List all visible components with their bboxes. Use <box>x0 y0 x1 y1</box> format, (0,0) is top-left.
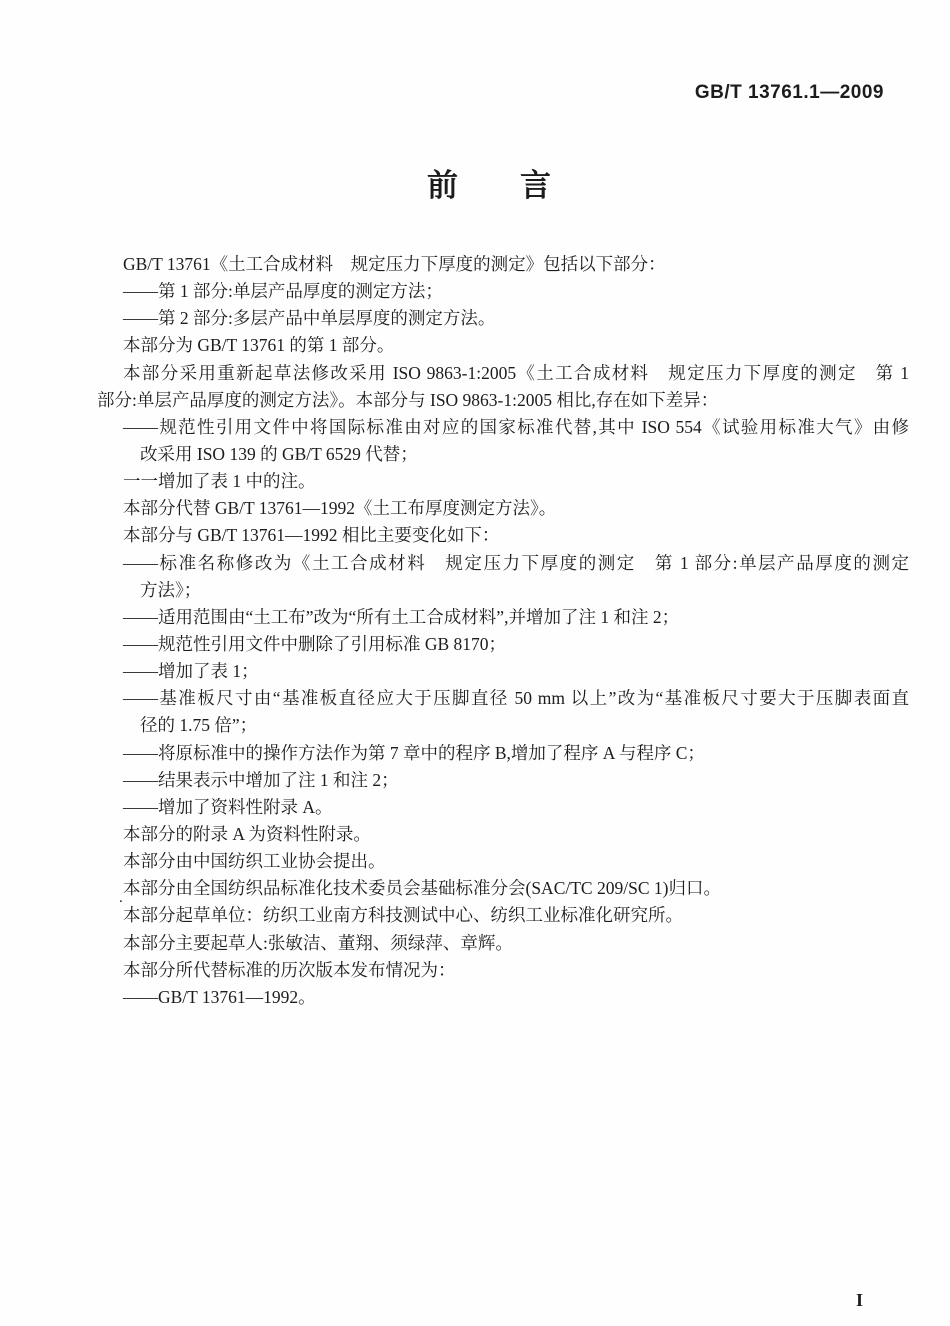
text-line: GB/T 13761《土工合成材料 规定压力下厚度的测定》包括以下部分： <box>97 251 909 278</box>
text-line: 本部分由全国纺织品标准化技术委员会基础标准分会(SAC/TC 209/SC 1)… <box>97 875 909 902</box>
text-line: ——基准板尺寸由“基准板直径应大于压脚直径 50 mm 以上”改为“基准板尺寸要… <box>97 685 909 712</box>
text-line: ——标准名称修改为《土工合成材料 规定压力下厚度的测定 第 1 部分:单层产品厚… <box>97 550 909 577</box>
text-line: 本部分为 GB/T 13761 的第 1 部分。 <box>97 332 909 359</box>
text-line: ——规范性引用文件中删除了引用标准 GB 8170； <box>97 631 909 658</box>
text-line: 本部分代替 GB/T 13761—1992《土工布厚度测定方法》。 <box>97 495 909 522</box>
text-line: 方法》； <box>97 577 909 604</box>
page-number: I <box>856 1290 863 1311</box>
text-line: ——适用范围由“土工布”改为“所有土工合成材料”,并增加了注 1 和注 2； <box>97 604 909 631</box>
text-line: 改采用 ISO 139 的 GB/T 6529 代替； <box>97 441 909 468</box>
text-line: ——GB/T 13761—1992。 <box>97 984 909 1011</box>
standard-code: GB/T 13761.1—2009 <box>695 82 884 104</box>
text-line: 本部分的附录 A 为资料性附录。 <box>97 821 909 848</box>
text-line: ——结果表示中增加了注 1 和注 2； <box>97 767 909 794</box>
text-line: ——第 2 部分:多层产品中单层厚度的测定方法。 <box>97 305 909 332</box>
text-line: 本部分采用重新起草法修改采用 ISO 9863-1:2005《土工合成材料 规定… <box>97 360 909 387</box>
text-line: 本部分所代替标准的历次版本发布情况为： <box>97 957 909 984</box>
text-line: 本部分主要起草人:张敏洁、董翔、须绿萍、章辉。 <box>97 930 909 957</box>
page-title: 前 言 <box>0 164 950 208</box>
text-line: 一一增加了表 1 中的注。 <box>97 468 909 495</box>
text-line: 径的 1.75 倍”； <box>97 712 909 739</box>
text-line: ——将原标准中的操作方法作为第 7 章中的程序 B,增加了程序 A 与程序 C； <box>97 740 909 767</box>
text-line: ——增加了资料性附录 A。 <box>97 794 909 821</box>
document-body: GB/T 13761《土工合成材料 规定压力下厚度的测定》包括以下部分：——第 … <box>97 251 909 1011</box>
text-line: ——增加了表 1； <box>97 658 909 685</box>
text-line: 本部分起草单位：纺织工业南方科技测试中心、纺织工业标准化研究所。 <box>97 902 909 929</box>
text-line: 部分:单层产品厚度的测定方法》。本部分与 ISO 9863-1:2005 相比,… <box>97 387 909 414</box>
document-page: GB/T 13761.1—2009 前 言 GB/T 13761《土工合成材料 … <box>0 0 950 1326</box>
scan-artifact-dot: . <box>119 891 123 906</box>
text-line: ——第 1 部分:单层产品厚度的测定方法； <box>97 278 909 305</box>
text-line: 本部分与 GB/T 13761—1992 相比主要变化如下： <box>97 522 909 549</box>
text-line: ——规范性引用文件中将国际标准由对应的国家标准代替,其中 ISO 554《试验用… <box>97 414 909 441</box>
text-line: 本部分由中国纺织工业协会提出。 <box>97 848 909 875</box>
